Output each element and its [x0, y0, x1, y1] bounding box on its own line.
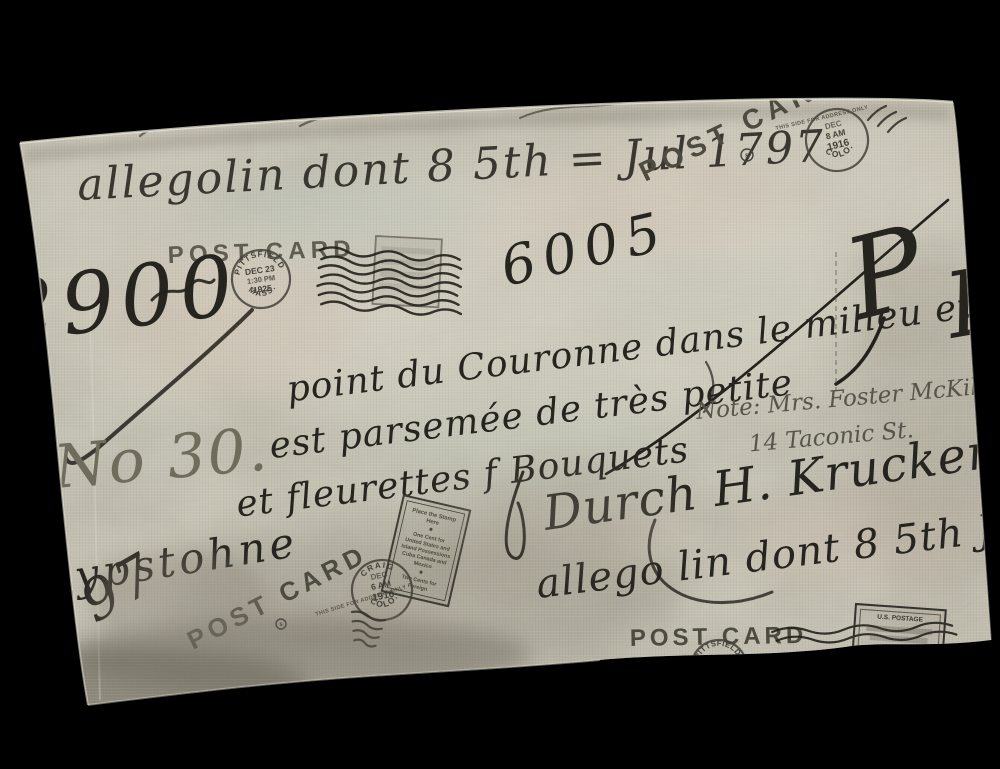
- postage-stamp-partial: U.S. POSTAGE: [853, 604, 946, 658]
- fabric-panel: allegolin dont 8 5th = Jul 1797 POST CAR…: [0, 64, 1000, 735]
- photo-stage: allegolin dont 8 5th = Jul 1797 POST CAR…: [0, 0, 1000, 769]
- smudge-center: [440, 475, 680, 565]
- small-et: et: [1, 438, 26, 465]
- fabric-surface: allegolin dont 8 5th = Jul 1797 POST CAR…: [0, 64, 1000, 735]
- postmark-partial-date: DEC 23: [705, 655, 732, 666]
- stamp-mark-letter: s: [745, 153, 749, 160]
- fabric-photo: allegolin dont 8 5th = Jul 1797 POST CAR…: [0, 0, 1000, 769]
- smudge-left: [90, 550, 270, 650]
